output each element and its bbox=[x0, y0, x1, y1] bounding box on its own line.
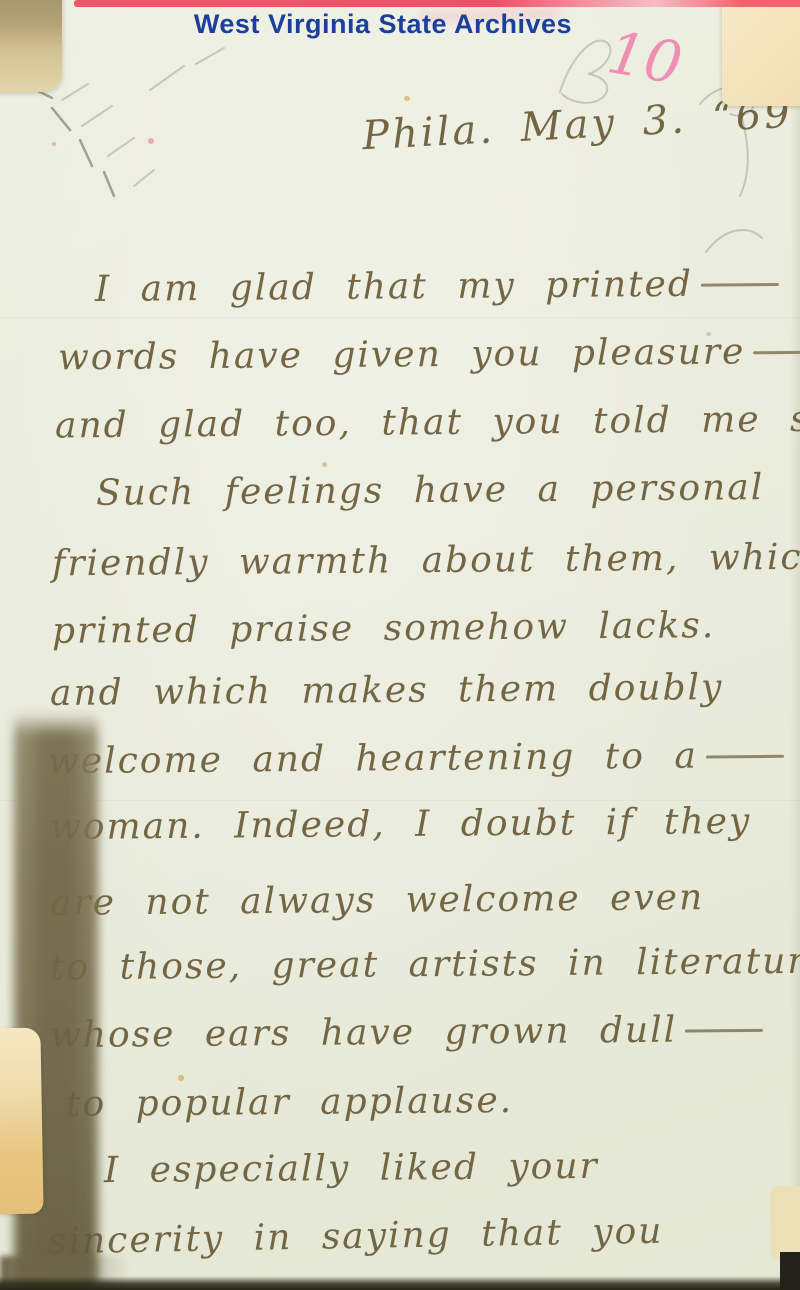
letter-line: to those, great artists in literature bbox=[50, 941, 800, 989]
pink-edge-stripe bbox=[74, 0, 800, 7]
letter-line: I especially liked your bbox=[104, 1146, 599, 1191]
letter-line: are not always welcome even bbox=[50, 877, 705, 924]
scan-right-edge bbox=[790, 0, 800, 1290]
pink-speck bbox=[52, 142, 56, 146]
letter-line: words have given you pleasure bbox=[58, 331, 800, 379]
letter-line: friendly warmth about them, which bbox=[52, 537, 800, 585]
letter-line: printed praise somehow lacks. bbox=[52, 605, 716, 652]
letter-line: Such feelings have a personal bbox=[96, 467, 765, 514]
letter-line: woman. Indeed, I doubt if they bbox=[50, 801, 752, 848]
scan-bottom-edge bbox=[0, 1276, 800, 1290]
letter-line: whose ears have grown dull bbox=[50, 1009, 763, 1056]
letter-line: to popular applause. bbox=[66, 1080, 513, 1125]
letter-line: and which makes them doubly bbox=[50, 667, 724, 714]
letter-line: I am glad that my printed bbox=[95, 263, 779, 310]
pink-speck bbox=[148, 138, 154, 144]
letter-line: sincerity in saying that you bbox=[48, 1211, 664, 1263]
letter-line: and glad too, that you told me so. bbox=[55, 399, 800, 447]
foxing-speck bbox=[322, 462, 327, 467]
scanned-letter-page: West Virginia State Archives 10 Phila. M… bbox=[0, 0, 800, 1290]
tape-patch-bottom-right bbox=[770, 1186, 800, 1260]
foxing-speck bbox=[404, 96, 410, 101]
archive-header-label: West Virginia State Archives bbox=[0, 9, 766, 40]
scan-corner-dark bbox=[780, 1252, 800, 1290]
paper-crease bbox=[0, 316, 800, 318]
tape-patch-bottom-left bbox=[0, 1028, 44, 1215]
foxing-speck bbox=[178, 1075, 184, 1081]
letter-line: welcome and heartening to a bbox=[48, 735, 784, 782]
